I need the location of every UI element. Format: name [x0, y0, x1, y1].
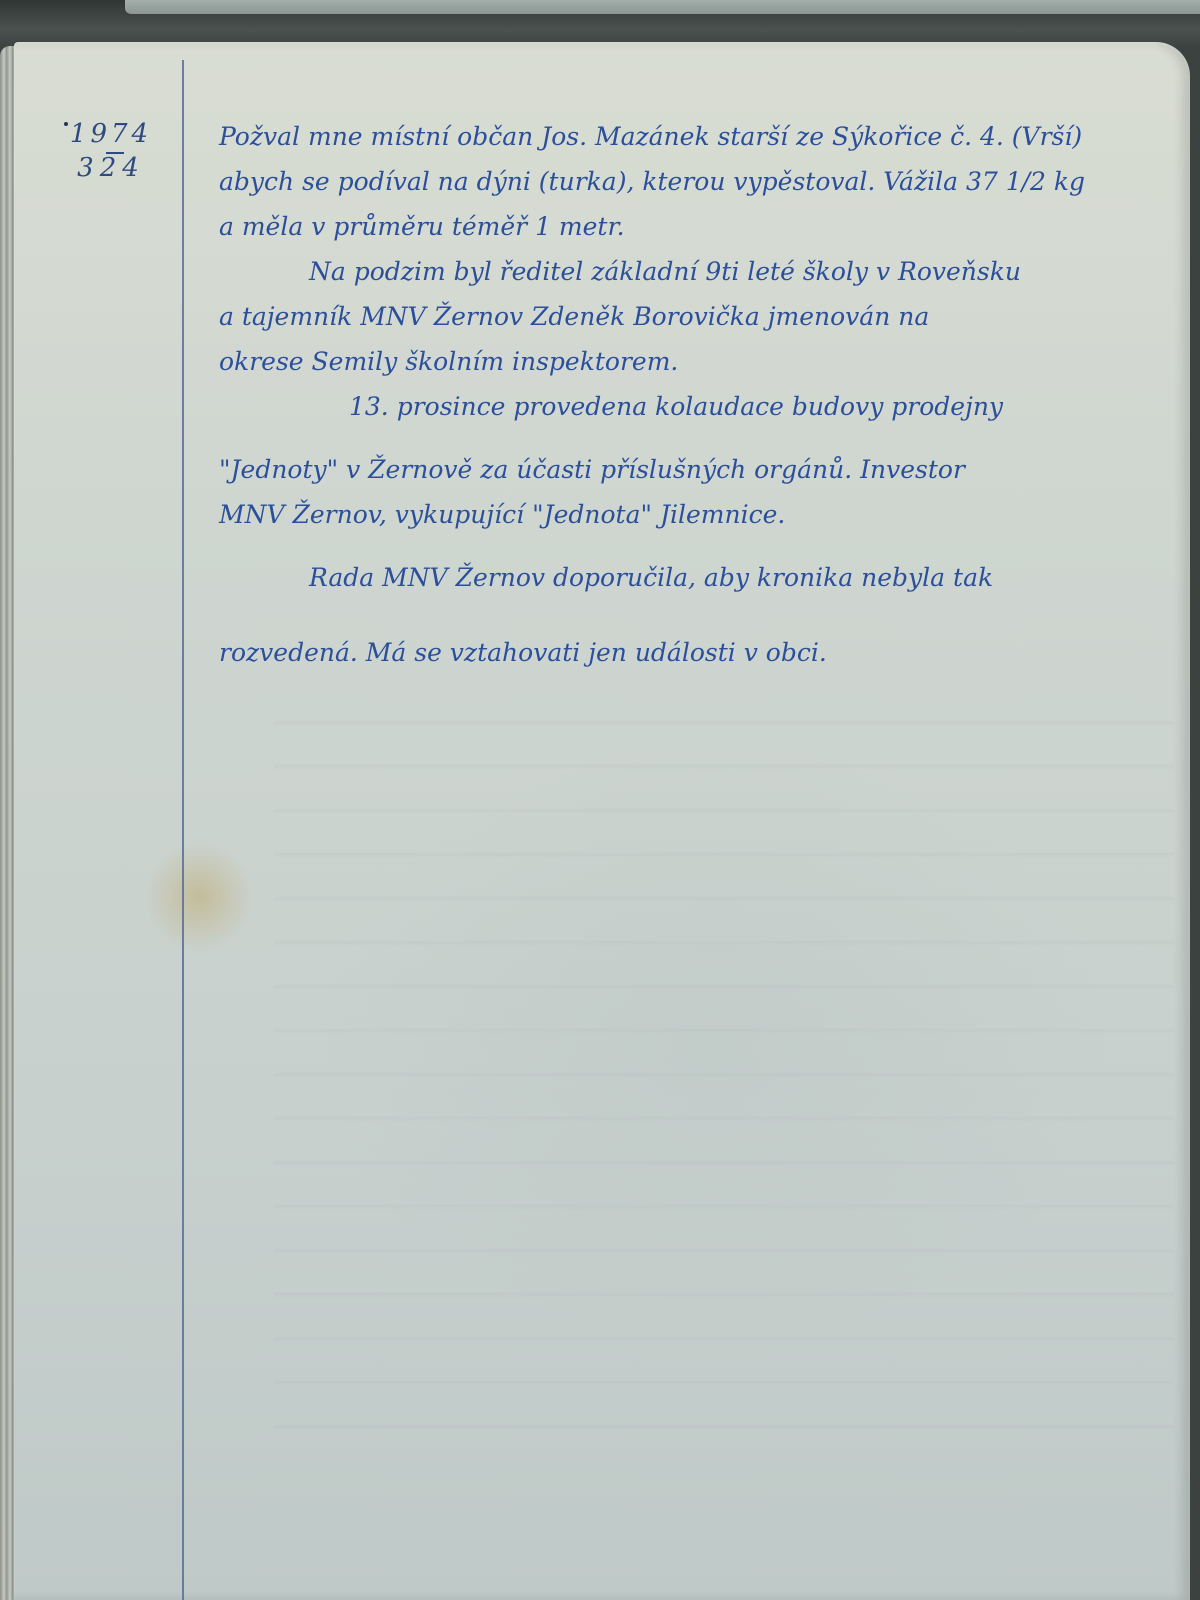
photo-scene: 1974 324 Požval mne místní občan Jos. Ma… [0, 0, 1200, 1600]
text-line: Požval mne místní občan Jos. Mazánek sta… [219, 114, 1169, 159]
text-line: a měla v průměru téměř 1 metr. [219, 204, 1169, 249]
text-line: okrese Semily školním inspektorem. [219, 339, 1169, 384]
paragraph-council-recommendation: Rada MNV Žernov doporučila, aby kronika … [219, 555, 1169, 675]
text-line: 13. prosince provedena kolaudace budovy … [219, 384, 1169, 429]
text-line: rozvedená. Má se vztahovati jen události… [219, 630, 1169, 675]
text-line: Na podzim byl ředitel základní 9ti leté … [219, 249, 1169, 294]
chronicle-page: 1974 324 Požval mne místní občan Jos. Ma… [14, 42, 1190, 1600]
text-line: "Jednoty" v Žernově za účasti příslušnýc… [219, 447, 1169, 492]
year-label: 1974 [56, 120, 166, 150]
ink-dot [64, 122, 68, 126]
paragraph-inspector: Na podzim byl ředitel základní 9ti leté … [219, 249, 1169, 384]
bleed-through-texture [274, 682, 1174, 1442]
year-underline [106, 152, 124, 154]
handwritten-text: Požval mne místní občan Jos. Mazánek sta… [219, 114, 1169, 675]
background-glare [125, 0, 1200, 14]
paragraph-pumpkin: Požval mne místní občan Jos. Mazánek sta… [219, 114, 1169, 249]
margin-rule [182, 60, 184, 1600]
page-number: 324 [56, 154, 166, 184]
paragraph-store-inspection: 13. prosince provedena kolaudace budovy … [219, 384, 1169, 537]
text-line: MNV Žernov, vykupující "Jednota" Jilemni… [219, 492, 1169, 537]
text-line: a tajemník MNV Žernov Zdeněk Borovička j… [219, 294, 1169, 339]
text-line: abych se podíval na dýni (turka), kterou… [219, 159, 1169, 204]
margin-annotation: 1974 324 [56, 120, 166, 184]
text-line: Rada MNV Žernov doporučila, aby kronika … [219, 555, 1169, 600]
